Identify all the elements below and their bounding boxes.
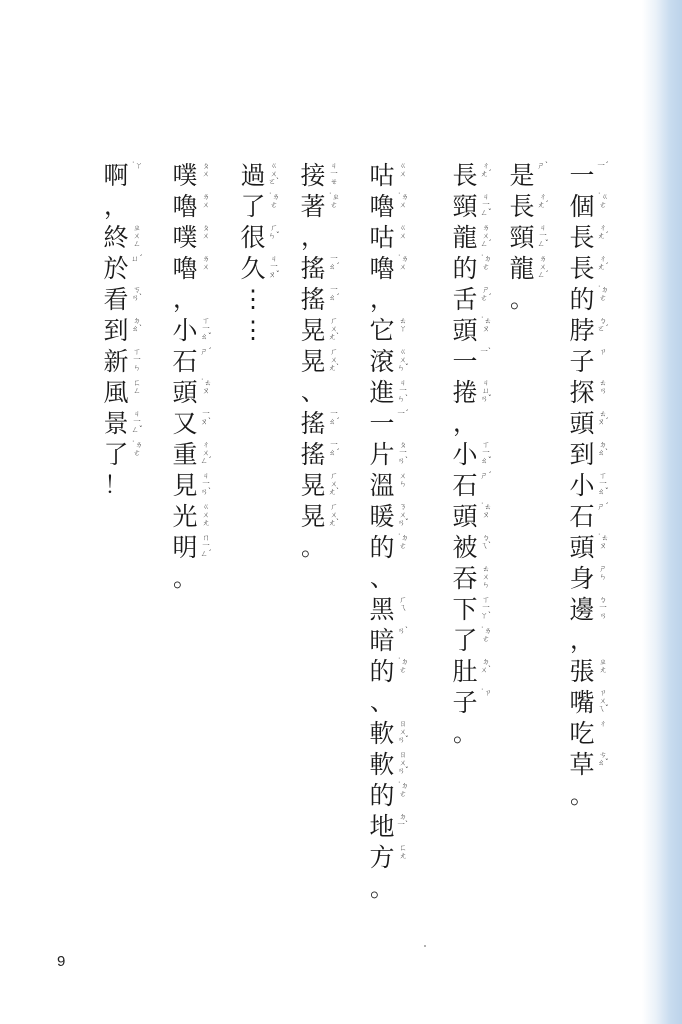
hanzi-char: 是: [509, 160, 535, 191]
character-cell: 新ㄒ一ㄣ: [103, 346, 153, 377]
character-cell: 的˙ㄉㄜ: [452, 253, 502, 284]
character-cell: 長ㄔㄤˊ: [509, 191, 559, 222]
bopomofo-annotation: ˙ㄌㄨ: [396, 255, 410, 271]
bopomofo-annotation: 一ㄠˊ: [327, 255, 341, 271]
character-cell: 頸ㄐ一ㄥˇ: [452, 191, 502, 222]
bopomofo-annotation: 一ㄠˊ: [327, 286, 341, 302]
bopomofo-annotation: ㄢˋ: [396, 627, 410, 635]
bopomofo-annotation: ˙ㄚ: [130, 162, 144, 170]
hanzi-char: 接: [300, 160, 326, 191]
character-cell: 張ㄓㄤ: [569, 656, 619, 687]
character-cell: 吞ㄊㄨㄣ: [452, 563, 502, 594]
bopomofo-annotation: 一ˊ: [596, 162, 610, 170]
hanzi-char: 頭: [569, 408, 595, 439]
hanzi-char: 咕: [369, 160, 395, 191]
punctuation: ，: [569, 625, 619, 656]
bopomofo-annotation: ㄕㄜˊ: [479, 286, 493, 302]
character-cell: 了˙ㄌㄜ: [240, 191, 290, 222]
hanzi-char: 了: [452, 625, 478, 656]
hanzi-char: ，: [369, 284, 395, 315]
bopomofo-annotation: ˙ㄊㄡ: [479, 317, 493, 333]
text-column-5: 接ㄐ一ㄝ著˙ㄓㄜ，搖一ㄠˊ搖一ㄠˊ晃ㄏㄨㄤˋ晃ㄏㄨㄤˋ、搖一ㄠˊ搖一ㄠˊ晃ㄏㄨㄤ…: [300, 160, 350, 563]
text-column-2: 是ㄕˋ長ㄔㄤˊ頸ㄐ一ㄥˇ龍ㄌㄨㄥˊ。: [509, 160, 559, 315]
character-cell: 啊˙ㄚ: [103, 160, 153, 191]
bopomofo-annotation: ㄈㄤ: [396, 844, 410, 860]
hanzi-char: 、: [300, 377, 326, 408]
character-cell: 頭˙ㄊㄡ: [569, 532, 619, 563]
bopomofo-annotation: ㄕˊ: [479, 472, 493, 480]
character-cell: 久ㄐ一ㄡˇ: [240, 253, 290, 284]
bopomofo-annotation: ㄐ一ㄣˋ: [396, 379, 410, 403]
character-cell: 光ㄍㄨㄤ: [172, 501, 222, 532]
hanzi-char: 張: [569, 656, 595, 687]
character-cell: 軟ㄖㄨㄢˇ: [369, 718, 419, 749]
character-cell: 捲ㄐㄩㄢˇ: [452, 377, 502, 408]
hanzi-char: 咕: [369, 222, 395, 253]
hanzi-char: 搖: [300, 284, 326, 315]
hanzi-char: 長: [452, 160, 478, 191]
character-cell: 長ㄔㄤˊ: [569, 253, 619, 284]
character-cell: 石ㄕˊ: [172, 346, 222, 377]
character-cell: 頭˙ㄊㄡ: [452, 501, 502, 532]
bopomofo-annotation: ˙ㄗ: [479, 689, 493, 697]
text-column-1: 一一ˊ個˙ㄍㄜ長ㄔㄤˊ長ㄔㄤˊ的˙ㄉㄜ脖ㄅㄛˊ子ㄗ探ㄊㄢ頭ㄊㄡˊ到ㄉㄠˋ小ㄒ一ㄠ…: [569, 160, 619, 811]
bopomofo-annotation: ㄗㄨㄟˇ: [596, 689, 610, 713]
bopomofo-annotation: ㄒ一ㄚˋ: [479, 596, 493, 620]
character-cell: 頭ㄊㄡˊ: [569, 408, 619, 439]
hanzi-char: 的: [569, 284, 595, 315]
hanzi-char: 小: [452, 439, 478, 470]
character-cell: 到ㄉㄠˋ: [569, 439, 619, 470]
bopomofo-annotation: ㄐㄩㄢˇ: [479, 379, 493, 403]
bopomofo-annotation: ㄌㄨㄥˊ: [479, 224, 493, 248]
bopomofo-annotation: ˙ㄌㄜ: [479, 627, 493, 643]
character-cell: 脖ㄅㄛˊ: [569, 315, 619, 346]
hanzi-char: 晃: [300, 315, 326, 346]
bopomofo-annotation: ㄊㄢ: [596, 379, 610, 395]
hanzi-char: 小: [569, 470, 595, 501]
hanzi-char: 搖: [300, 408, 326, 439]
bopomofo-annotation: ˙ㄊㄡ: [479, 503, 493, 519]
hanzi-char: 龍: [452, 222, 478, 253]
character-cell: 頸ㄐ一ㄥˇ: [509, 222, 559, 253]
hanzi-char: ，: [172, 284, 198, 315]
hanzi-char: 噗: [172, 222, 198, 253]
punctuation: ，: [103, 191, 153, 222]
bopomofo-annotation: 一ㄠˊ: [327, 410, 341, 426]
hanzi-char: 。: [300, 532, 326, 563]
hanzi-char: 子: [452, 687, 478, 718]
character-cell: 接ㄐ一ㄝ: [300, 160, 350, 191]
character-cell: 溫ㄨㄣ: [369, 470, 419, 501]
hanzi-char: 晃: [300, 501, 326, 532]
punctuation: ，: [300, 222, 350, 253]
character-cell: 小ㄒ一ㄠˇ: [452, 439, 502, 470]
punctuation: ，: [172, 284, 222, 315]
hanzi-char: 石: [569, 501, 595, 532]
hanzi-char: 長: [569, 253, 595, 284]
hanzi-char: 又: [172, 408, 198, 439]
punctuation: ⋮: [240, 284, 290, 315]
character-cell: 吃ㄔ: [569, 718, 619, 749]
text-column-6: 過ㄍㄨㄛˋ了˙ㄌㄜ很ㄏㄣˇ久ㄐ一ㄡˇ⋮⋮: [240, 160, 290, 346]
character-cell: 重ㄔㄨㄥˊ: [172, 439, 222, 470]
character-cell: 下ㄒ一ㄚˋ: [452, 594, 502, 625]
character-cell: 暗ㄢˋ: [369, 625, 419, 656]
character-cell: 搖一ㄠˊ: [300, 439, 350, 470]
hanzi-char: 進: [369, 377, 395, 408]
bopomofo-annotation: ㄉㄠˋ: [130, 317, 144, 333]
hanzi-char: 捲: [452, 377, 478, 408]
hanzi-char: ⋮: [240, 284, 266, 315]
bopomofo-annotation: ㄒ一ㄠˇ: [479, 441, 493, 465]
hanzi-char: 的: [452, 253, 478, 284]
hanzi-char: 的: [369, 532, 395, 563]
hanzi-char: 軟: [369, 718, 395, 749]
hanzi-char: 頭: [452, 501, 478, 532]
bopomofo-annotation: ˙ㄌㄜ: [130, 441, 144, 457]
hanzi-char: 石: [172, 346, 198, 377]
hanzi-char: 嚕: [172, 191, 198, 222]
hanzi-char: 暗: [369, 625, 395, 656]
hanzi-char: 頸: [509, 222, 535, 253]
bopomofo-annotation: ㄊㄨㄣ: [479, 565, 493, 589]
character-cell: 邊ㄅ一ㄢ: [569, 594, 619, 625]
character-cell: 過ㄍㄨㄛˋ: [240, 160, 290, 191]
character-cell: 咕ㄍㄨ: [369, 160, 419, 191]
hanzi-char: ，: [452, 408, 478, 439]
bopomofo-annotation: ㄐ一ㄥˇ: [130, 410, 144, 434]
hanzi-char: 搖: [300, 439, 326, 470]
bopomofo-annotation: ㄔㄤˊ: [596, 224, 610, 240]
hanzi-char: 軟: [369, 749, 395, 780]
bopomofo-annotation: ㄓㄤ: [596, 658, 610, 674]
bopomofo-annotation: ㄔㄤˊ: [479, 162, 493, 178]
punctuation: ！: [103, 470, 153, 501]
bopomofo-annotation: ㄏㄨㄤˋ: [327, 472, 341, 496]
character-cell: 晃ㄏㄨㄤˋ: [300, 501, 350, 532]
bopomofo-annotation: ㄏㄨㄤˋ: [327, 503, 341, 527]
hanzi-char: 終: [103, 222, 129, 253]
hanzi-char: 新: [103, 346, 129, 377]
character-cell: 探ㄊㄢ: [569, 377, 619, 408]
character-cell: 見ㄐ一ㄢˋ: [172, 470, 222, 501]
bopomofo-annotation: ㄐ一ㄢˋ: [199, 472, 213, 496]
book-page: 一一ˊ個˙ㄍㄜ長ㄔㄤˊ長ㄔㄤˊ的˙ㄉㄜ脖ㄅㄛˊ子ㄗ探ㄊㄢ頭ㄊㄡˊ到ㄉㄠˋ小ㄒ一ㄠ…: [0, 0, 682, 1024]
bopomofo-annotation: ㄨㄣ: [396, 472, 410, 488]
bopomofo-annotation: ㄅㄟˋ: [479, 534, 493, 550]
character-cell: 頭˙ㄊㄡ: [172, 377, 222, 408]
hanzi-char: 身: [569, 563, 595, 594]
bopomofo-annotation: ˙ㄌㄨ: [396, 193, 410, 209]
bopomofo-annotation: ㄓㄨㄥ: [130, 224, 144, 248]
bopomofo-annotation: ㄐ一ㄡˇ: [267, 255, 281, 279]
bopomofo-annotation: ㄆㄨ: [199, 162, 213, 178]
bopomofo-annotation: ㄏㄟ: [396, 596, 410, 612]
hanzi-char: 看: [103, 284, 129, 315]
hanzi-char: 。: [452, 718, 478, 749]
character-cell: 片ㄆ一ㄢˋ: [369, 439, 419, 470]
hanzi-char: 頸: [452, 191, 478, 222]
hanzi-char: 小: [172, 315, 198, 346]
hanzi-char: 、: [369, 687, 395, 718]
character-cell: 晃ㄏㄨㄤˋ: [300, 346, 350, 377]
hanzi-char: 、: [369, 563, 395, 594]
hanzi-char: 頭: [452, 315, 478, 346]
bopomofo-annotation: ㄕˊ: [596, 503, 610, 511]
character-cell: 噗ㄆㄨ: [172, 222, 222, 253]
bopomofo-annotation: ㄊㄡˊ: [596, 410, 610, 426]
character-cell: 景ㄐ一ㄥˇ: [103, 408, 153, 439]
hanzi-char: 嚕: [172, 253, 198, 284]
hanzi-char: 到: [103, 315, 129, 346]
hanzi-char: 舌: [452, 284, 478, 315]
bopomofo-annotation: ㄔ: [596, 720, 610, 728]
hanzi-char: 邊: [569, 594, 595, 625]
bopomofo-annotation: ㄔㄤˊ: [596, 255, 610, 271]
character-cell: 終ㄓㄨㄥ: [103, 222, 153, 253]
bopomofo-annotation: ㄍㄨ: [396, 162, 410, 178]
character-cell: 的˙ㄉㄜ: [369, 656, 419, 687]
bopomofo-annotation: ˙ㄓㄜ: [327, 193, 341, 209]
hanzi-char: 。: [369, 873, 395, 904]
hanzi-char: 著: [300, 191, 326, 222]
punctuation: 。: [172, 563, 222, 594]
hanzi-char: 晃: [300, 470, 326, 501]
bopomofo-annotation: ㄍㄨ: [396, 224, 410, 240]
hanzi-char: ，: [300, 222, 326, 253]
character-cell: 噗ㄆㄨ: [172, 160, 222, 191]
hanzi-char: 啊: [103, 160, 129, 191]
character-cell: 頭˙ㄊㄡ: [452, 315, 502, 346]
hanzi-char: 於: [103, 253, 129, 284]
hanzi-char: 。: [172, 563, 198, 594]
punctuation: 。: [452, 718, 502, 749]
bopomofo-annotation: ㄕˊ: [199, 348, 213, 356]
character-cell: 被ㄅㄟˋ: [452, 532, 502, 563]
hanzi-char: 過: [240, 160, 266, 191]
character-cell: 的˙ㄉㄜ: [369, 532, 419, 563]
hanzi-char: 肚: [452, 656, 478, 687]
character-cell: 它ㄊㄚ: [369, 315, 419, 346]
bopomofo-annotation: ˙ㄉㄜ: [396, 782, 410, 798]
punctuation: 。: [369, 873, 419, 904]
character-cell: 咕ㄍㄨ: [369, 222, 419, 253]
hanzi-char: 搖: [300, 253, 326, 284]
bopomofo-annotation: ˙ㄉㄜ: [396, 658, 410, 674]
bopomofo-annotation: ㄏㄨㄤˋ: [327, 348, 341, 372]
hanzi-char: 晃: [300, 346, 326, 377]
character-cell: 舌ㄕㄜˊ: [452, 284, 502, 315]
punctuation: 。: [300, 532, 350, 563]
punctuation: ⋮: [240, 315, 290, 346]
hanzi-char: 石: [452, 470, 478, 501]
hanzi-char: 嚕: [369, 191, 395, 222]
hanzi-char: 頭: [569, 532, 595, 563]
bopomofo-annotation: ㄍㄨㄛˋ: [267, 162, 281, 186]
punctuation: 。: [509, 284, 559, 315]
hanzi-char: 草: [569, 749, 595, 780]
hanzi-char: 它: [369, 315, 395, 346]
character-cell: 的˙ㄉㄜ: [369, 780, 419, 811]
hanzi-char: 被: [452, 532, 478, 563]
bopomofo-annotation: ㄩˊ: [130, 255, 144, 263]
bopomofo-annotation: ㄋㄨㄢˇ: [396, 503, 410, 527]
hanzi-char: 個: [569, 191, 595, 222]
hanzi-char: 一: [569, 160, 595, 191]
bopomofo-annotation: ㄐ一ㄥˇ: [536, 224, 550, 248]
bopomofo-annotation: 一ˋ: [479, 348, 493, 356]
hanzi-char: 脖: [569, 315, 595, 346]
bopomofo-annotation: ㄇ一ㄥˊ: [199, 534, 213, 558]
punctuation: ，: [452, 408, 502, 439]
character-cell: 了˙ㄌㄜ: [103, 439, 153, 470]
character-cell: 搖一ㄠˊ: [300, 253, 350, 284]
character-cell: 晃ㄏㄨㄤˋ: [300, 315, 350, 346]
bopomofo-annotation: ㄍㄨㄣˇ: [396, 348, 410, 372]
hanzi-char: 。: [509, 284, 535, 315]
hanzi-char: 重: [172, 439, 198, 470]
character-cell: 長ㄔㄤˊ: [569, 222, 619, 253]
hanzi-char: 長: [509, 191, 535, 222]
hanzi-char: 了: [103, 439, 129, 470]
character-cell: 嚕˙ㄌㄨ: [369, 253, 419, 284]
bopomofo-annotation: ㄔㄨㄥˊ: [199, 441, 213, 465]
bopomofo-annotation: ㄅ一ㄢ: [596, 596, 610, 620]
hanzi-char: 的: [369, 780, 395, 811]
hanzi-char: 滾: [369, 346, 395, 377]
bopomofo-annotation: ㄉㄨˋ: [479, 658, 493, 674]
hanzi-char: 嘴: [569, 687, 595, 718]
bopomofo-annotation: ˙ㄍㄜ: [596, 193, 610, 209]
character-cell: 黑ㄏㄟ: [369, 594, 419, 625]
bopomofo-annotation: ㄖㄨㄢˇ: [396, 720, 410, 744]
bopomofo-annotation: ˙ㄊㄡ: [199, 379, 213, 395]
bopomofo-annotation: ㄈㄥ: [130, 379, 144, 395]
hanzi-char: 很: [240, 222, 266, 253]
bopomofo-annotation: ㄒ一ㄠˇ: [199, 317, 213, 341]
bopomofo-annotation: ˙ㄌㄜ: [267, 193, 281, 209]
hanzi-char: 景: [103, 408, 129, 439]
hanzi-char: 的: [369, 656, 395, 687]
character-cell: 石ㄕˊ: [452, 470, 502, 501]
hanzi-char: 久: [240, 253, 266, 284]
character-cell: 又一ㄡˋ: [172, 408, 222, 439]
bopomofo-annotation: 一ㄡˋ: [199, 410, 213, 426]
bopomofo-annotation: 一ㄠˊ: [327, 441, 341, 457]
character-cell: 龍ㄌㄨㄥˊ: [452, 222, 502, 253]
punctuation: 、: [300, 377, 350, 408]
hanzi-char: 光: [172, 501, 198, 532]
hanzi-char: 到: [569, 439, 595, 470]
character-cell: 地ㄉ一ˋ: [369, 811, 419, 842]
character-cell: 風ㄈㄥ: [103, 377, 153, 408]
punctuation: 、: [369, 687, 419, 718]
character-cell: 嚕ㄌㄨ: [172, 191, 222, 222]
bopomofo-annotation: ㄐ一ㄝ: [327, 162, 341, 186]
punctuation: 、: [369, 563, 419, 594]
character-cell: 子˙ㄗ: [452, 687, 502, 718]
character-cell: 嚕ㄌㄨ: [172, 253, 222, 284]
character-cell: 一一ˋ: [452, 346, 502, 377]
character-cell: 石ㄕˊ: [569, 501, 619, 532]
character-cell: 晃ㄏㄨㄤˋ: [300, 470, 350, 501]
character-cell: 小ㄒ一ㄠˇ: [569, 470, 619, 501]
character-cell: 個˙ㄍㄜ: [569, 191, 619, 222]
character-cell: 一一ˊ: [569, 160, 619, 191]
hanzi-char: 方: [369, 842, 395, 873]
bopomofo-annotation: ㄌㄨ: [199, 193, 213, 209]
hanzi-char: 噗: [172, 160, 198, 191]
character-cell: 嚕˙ㄌㄨ: [369, 191, 419, 222]
bopomofo-annotation: ㄊㄚ: [396, 317, 410, 333]
bopomofo-annotation: ˙ㄉㄜ: [479, 255, 493, 271]
character-cell: 進ㄐ一ㄣˋ: [369, 377, 419, 408]
character-cell: 搖一ㄠˊ: [300, 284, 350, 315]
hanzi-char: 。: [569, 780, 595, 811]
hanzi-char: 見: [172, 470, 198, 501]
hanzi-char: ，: [569, 625, 595, 656]
character-cell: 明ㄇ一ㄥˊ: [172, 532, 222, 563]
character-cell: 軟ㄖㄨㄢˇ: [369, 749, 419, 780]
bopomofo-annotation: ㄌㄨ: [199, 255, 213, 271]
text-column-4: 咕ㄍㄨ嚕˙ㄌㄨ咕ㄍㄨ嚕˙ㄌㄨ，它ㄊㄚ滾ㄍㄨㄣˇ進ㄐ一ㄣˋ一一ˊ片ㄆ一ㄢˋ溫ㄨㄣ暖…: [369, 160, 419, 904]
bopomofo-annotation: ˙ㄉㄜ: [396, 534, 410, 550]
bopomofo-annotation: ˙ㄉㄜ: [596, 286, 610, 302]
character-cell: 長ㄔㄤˊ: [452, 160, 502, 191]
character-cell: 龍ㄌㄨㄥˊ: [509, 253, 559, 284]
hanzi-char: 黑: [369, 594, 395, 625]
bopomofo-annotation: ㄖㄨㄢˇ: [396, 751, 410, 775]
character-cell: 一一ˊ: [369, 408, 419, 439]
hanzi-char: ⋮: [240, 315, 266, 346]
hanzi-char: 長: [569, 222, 595, 253]
character-cell: 著˙ㄓㄜ: [300, 191, 350, 222]
bopomofo-annotation: 一ˊ: [396, 410, 410, 418]
bopomofo-annotation: ˙ㄊㄡ: [596, 534, 610, 550]
hanzi-char: 一: [369, 408, 395, 439]
bopomofo-annotation: ㄌㄨㄥˊ: [536, 255, 550, 279]
punctuation: ，: [369, 284, 419, 315]
character-cell: 肚ㄉㄨˋ: [452, 656, 502, 687]
hanzi-char: 吞: [452, 563, 478, 594]
page-edge-shadow: [642, 0, 682, 1024]
character-cell: 了˙ㄌㄜ: [452, 625, 502, 656]
hanzi-char: 了: [240, 191, 266, 222]
character-cell: 的˙ㄉㄜ: [569, 284, 619, 315]
bopomofo-annotation: ㄉㄠˋ: [596, 441, 610, 457]
bopomofo-annotation: ㄕㄣ: [596, 565, 610, 581]
hanzi-char: ，: [103, 191, 129, 222]
hanzi-char: 溫: [369, 470, 395, 501]
text-column-8: 啊˙ㄚ，終ㄓㄨㄥ於ㄩˊ看ㄎㄢˋ到ㄉㄠˋ新ㄒ一ㄣ風ㄈㄥ景ㄐ一ㄥˇ了˙ㄌㄜ！: [103, 160, 153, 501]
bopomofo-annotation: ㄎㄢˋ: [130, 286, 144, 302]
hanzi-char: 探: [569, 377, 595, 408]
character-cell: 看ㄎㄢˋ: [103, 284, 153, 315]
hanzi-char: 子: [569, 346, 595, 377]
hanzi-char: 龍: [509, 253, 535, 284]
character-cell: 滾ㄍㄨㄣˇ: [369, 346, 419, 377]
hanzi-char: 風: [103, 377, 129, 408]
character-cell: 於ㄩˊ: [103, 253, 153, 284]
text-column-7: 噗ㄆㄨ嚕ㄌㄨ噗ㄆㄨ嚕ㄌㄨ，小ㄒ一ㄠˇ石ㄕˊ頭˙ㄊㄡ又一ㄡˋ重ㄔㄨㄥˊ見ㄐ一ㄢˋ光…: [172, 160, 222, 594]
character-cell: 到ㄉㄠˋ: [103, 315, 153, 346]
hanzi-char: 下: [452, 594, 478, 625]
character-cell: 嘴ㄗㄨㄟˇ: [569, 687, 619, 718]
hanzi-char: 吃: [569, 718, 595, 749]
character-cell: 身ㄕㄣ: [569, 563, 619, 594]
character-cell: 子ㄗ: [569, 346, 619, 377]
